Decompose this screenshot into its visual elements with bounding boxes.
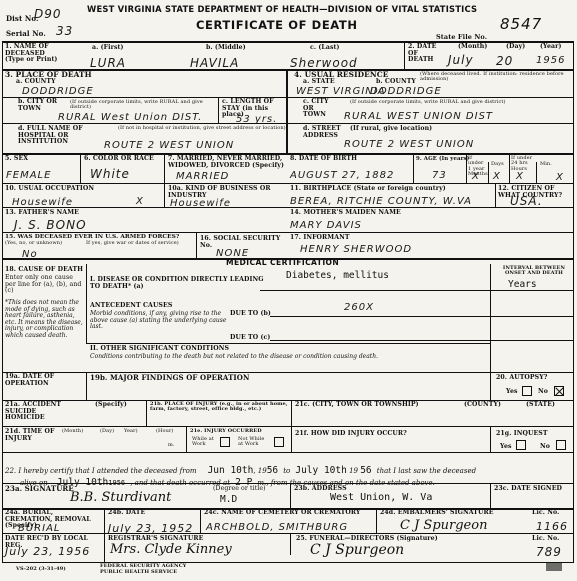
time-of-injury-label: 21d. TIME OF INJURY bbox=[5, 429, 55, 442]
autopsy-yes-checkbox[interactable] bbox=[522, 386, 532, 396]
embalmer-lic-label: Lic. No. bbox=[532, 510, 559, 517]
residence-note: (Where deceased lived. If institution: r… bbox=[420, 72, 570, 83]
res-city: RURAL WEST UNION DIST bbox=[344, 111, 493, 122]
disease: Diabetes, mellitus bbox=[286, 270, 389, 281]
accident-label: 21a. ACCIDENT SUICIDE HOMICIDE bbox=[5, 402, 75, 422]
not-while-at-work-label: Not While at Work bbox=[238, 437, 268, 448]
injury-county-label: (COUNTY) bbox=[464, 402, 501, 409]
embalmer-lic: 1166 bbox=[536, 520, 568, 533]
rule bbox=[196, 232, 197, 258]
burial-date-label: 24b. DATE bbox=[108, 510, 145, 517]
death-city: RURAL West Union DIST. bbox=[58, 112, 202, 123]
certificate-title: CERTIFICATE OF DEATH bbox=[196, 18, 358, 32]
occupation-label: 10. USUAL OCCUPATION bbox=[5, 186, 94, 193]
death-certificate: Dist No. D90 Serial No. 33 WEST VIRGINIA… bbox=[0, 0, 577, 581]
footer-agency-2: PUBLIC HEALTH SERVICE bbox=[100, 570, 177, 575]
rule bbox=[2, 452, 574, 453]
middle-name-label: b. (Middle) bbox=[206, 45, 246, 52]
sex: FEMALE bbox=[6, 170, 51, 181]
injury-m-label: m. bbox=[168, 443, 175, 448]
rule bbox=[490, 372, 491, 400]
cause-footnote: *This does not mean the mode of dying, s… bbox=[5, 300, 85, 340]
degree-label: (Degree or title) bbox=[213, 486, 266, 493]
rule bbox=[490, 483, 491, 508]
antecedent-note: Morbid conditions, if any, giving rise t… bbox=[90, 311, 230, 331]
first-name-label: a. (First) bbox=[92, 45, 124, 52]
rule bbox=[2, 483, 574, 484]
informant-label: 17. INFORMANT bbox=[290, 235, 350, 242]
citizen: USA. bbox=[510, 194, 543, 208]
antecedent-label: ANTECEDENT CAUSES bbox=[90, 303, 172, 310]
not-while-at-work-checkbox[interactable] bbox=[274, 437, 284, 447]
birthplace-label: 11. BIRTHPLACE (State or foreign country… bbox=[290, 186, 446, 193]
injury-year-label: Year) bbox=[124, 429, 138, 434]
rule bbox=[490, 316, 574, 317]
due-to-c-label: DUE TO (c) bbox=[230, 335, 270, 342]
while-at-work-checkbox[interactable] bbox=[220, 437, 230, 447]
physician-signature: B.B. Sturdivant bbox=[70, 490, 171, 505]
rule bbox=[490, 340, 574, 341]
date-signed-label: 23c. DATE SIGNED bbox=[494, 486, 562, 493]
autopsy-no-checkbox[interactable] bbox=[554, 386, 564, 396]
middle-name: HAVILA bbox=[190, 56, 239, 70]
month-label: (Month) bbox=[458, 44, 487, 51]
state-file-number: 8547 bbox=[500, 15, 542, 33]
op-findings-label: 19b. MAJOR FINDINGS OF OPERATION bbox=[90, 375, 249, 382]
director-lic: 789 bbox=[536, 545, 562, 559]
rule bbox=[413, 153, 414, 183]
father: J. S. BONO bbox=[14, 218, 87, 232]
rule bbox=[2, 372, 574, 373]
state-file-label: State File No. bbox=[436, 34, 487, 41]
specify-label: (Specify) bbox=[95, 402, 127, 409]
stamp-mark bbox=[546, 563, 562, 571]
rule bbox=[290, 483, 291, 508]
injury-month-label: (Month) bbox=[62, 429, 83, 434]
inquest-no-checkbox[interactable] bbox=[556, 440, 566, 450]
rule bbox=[376, 508, 377, 533]
cemetery-label: 24c. NAME OF CEMETERY OR CREMATORY bbox=[204, 510, 360, 517]
res-city-label: c. CITY OR TOWN bbox=[303, 99, 337, 119]
rule bbox=[218, 97, 219, 123]
serial-label: Serial No. bbox=[6, 31, 46, 38]
while-at-work-label: While at Work bbox=[192, 437, 218, 448]
hospital-note: (If not in hospital or institution, give… bbox=[118, 126, 286, 131]
medical-section-title: MEDICAL CERTIFICATION bbox=[226, 258, 339, 267]
injury-hour-label: (Hour) bbox=[156, 429, 173, 434]
year-label: (Year) bbox=[540, 44, 562, 51]
rule bbox=[290, 533, 291, 555]
rule bbox=[2, 207, 574, 208]
signature-label: 23a. SIGNATURE bbox=[5, 486, 74, 493]
dist-no: D90 bbox=[34, 7, 62, 21]
inquest-no-label: No bbox=[540, 444, 550, 451]
rule bbox=[80, 153, 81, 183]
rule bbox=[536, 162, 537, 183]
dob: AUGUST 27, 1882 bbox=[290, 170, 394, 181]
rule bbox=[2, 533, 574, 534]
res-street-note: (If rural, give location) bbox=[350, 126, 432, 133]
res-state-label: a. STATE bbox=[303, 79, 335, 86]
op-date-label: 19a. DATE OF OPERATION bbox=[5, 374, 65, 387]
rule bbox=[270, 340, 490, 341]
last-name: Sherwood bbox=[290, 56, 358, 70]
rule bbox=[164, 183, 165, 207]
mother-label: 14. MOTHER'S MAIDEN NAME bbox=[290, 210, 401, 217]
rule bbox=[186, 426, 187, 452]
armed-note-2: If yes, give war or dates of service) bbox=[86, 241, 179, 246]
under24-min-label: Min. bbox=[540, 162, 552, 167]
rule bbox=[200, 508, 201, 533]
rule bbox=[2, 123, 286, 124]
rule bbox=[164, 153, 165, 183]
serial-no: 33 bbox=[56, 24, 73, 38]
cause-instructions: Enter only one cause per line for (a), (… bbox=[5, 275, 85, 295]
embalmer-signature: C J Spurgeon bbox=[400, 518, 487, 533]
hospital-label: d. FULL NAME OF HOSPITAL OR INSTITUTION bbox=[18, 126, 98, 146]
informant: HENRY SHERWOOD bbox=[300, 244, 412, 255]
marital-label: 7. MARRIED, NEVER MARRIED, WIDOWED, DIVO… bbox=[168, 156, 286, 169]
embalmer-label: 24d. EMBALMERS' SIGNATURE bbox=[380, 510, 494, 517]
registrar-signature: Mrs. Clyde Kinney bbox=[110, 542, 232, 557]
under1-months: X bbox=[472, 171, 480, 182]
rule bbox=[2, 232, 574, 233]
inquest-label: 21g. INQUEST bbox=[496, 431, 548, 438]
death-year: 1956 bbox=[536, 55, 565, 66]
funeral-director-signature: C J Spurgeon bbox=[310, 542, 404, 558]
rule bbox=[260, 290, 490, 291]
agency-title: WEST VIRGINIA STATE DEPARTMENT OF HEALTH… bbox=[87, 4, 477, 14]
degree: M.D bbox=[220, 494, 237, 505]
occupation-mark: X bbox=[136, 196, 144, 207]
death-month: July bbox=[448, 53, 474, 67]
autopsy-label: 20. AUTOPSY? bbox=[496, 375, 547, 382]
rule bbox=[490, 290, 574, 291]
cemetery: ARCHBOLD, SMITHBURG bbox=[206, 522, 348, 533]
race-label: 6. COLOR OR RACE bbox=[84, 156, 154, 163]
due-to-b: 260X bbox=[344, 302, 374, 313]
address: West Union, W. Va bbox=[330, 492, 432, 503]
rule bbox=[104, 508, 105, 563]
day-label: (Day) bbox=[506, 44, 525, 51]
race: White bbox=[90, 167, 130, 181]
death-city-label: b. CITY OR TOWN bbox=[18, 99, 58, 112]
injury-state-label: (STATE) bbox=[526, 402, 555, 409]
first-name: LURA bbox=[90, 56, 126, 70]
name-label: 1. NAME OF DECEASED (Type or Print) bbox=[5, 44, 65, 64]
death-county-label: a. COUNTY bbox=[16, 79, 56, 86]
rule bbox=[86, 264, 87, 344]
rule bbox=[86, 372, 87, 400]
death-county: DODDRIDGE bbox=[22, 86, 94, 97]
father-label: 13. FATHER'S NAME bbox=[5, 210, 79, 217]
cause-label: 18. CAUSE OF DEATH bbox=[5, 267, 83, 274]
disease-label: I. DISEASE OR CONDITION DIRECTLY LEADING… bbox=[90, 277, 270, 290]
interval-label: INTERVAL BETWEEN ONSET AND DEATH bbox=[495, 266, 573, 277]
rule bbox=[2, 426, 574, 427]
date-of-death-label: 2. DATE OF DEATH bbox=[408, 44, 438, 64]
under24-min: X bbox=[556, 172, 564, 183]
marital: MARRIED bbox=[176, 171, 229, 182]
how-injury-label: 21f. HOW DID INJURY OCCUR? bbox=[295, 431, 407, 438]
rule bbox=[288, 123, 574, 124]
age: 73 bbox=[432, 170, 447, 181]
other-conditions-label: II. OTHER SIGNIFICANT CONDITIONS bbox=[90, 346, 229, 353]
res-county-label: b. COUNTY bbox=[376, 79, 416, 86]
rule bbox=[466, 153, 467, 183]
rec-date: July 23, 1956 bbox=[5, 545, 90, 558]
autopsy-yes-label: Yes bbox=[506, 389, 518, 396]
rule bbox=[404, 41, 405, 69]
rule bbox=[2, 41, 574, 43]
age-label: 9. AGE (In years) bbox=[416, 156, 469, 163]
other-conditions-note: Conditions contributing to the death but… bbox=[90, 354, 390, 361]
rule bbox=[495, 183, 496, 207]
last-name-label: c. (Last) bbox=[310, 45, 340, 52]
res-county: DODDRIDGE bbox=[370, 86, 442, 97]
interval: Years bbox=[508, 279, 537, 290]
dob-label: 8. DATE OF BIRTH bbox=[290, 156, 357, 163]
director-lic-label: Lic. No. bbox=[532, 536, 559, 543]
injury-occurred-label: 21e. INJURY OCCURRED bbox=[190, 429, 262, 434]
rule bbox=[490, 264, 491, 372]
rule bbox=[2, 183, 574, 184]
rule bbox=[509, 153, 510, 183]
death-day: 20 bbox=[496, 54, 513, 68]
inquest-yes-checkbox[interactable] bbox=[516, 440, 526, 450]
rule bbox=[288, 97, 574, 98]
autopsy-no-label: No bbox=[538, 389, 548, 396]
rule bbox=[488, 162, 489, 183]
hospital: ROUTE 2 WEST UNION bbox=[104, 140, 234, 151]
sex-label: 5. SEX bbox=[5, 156, 28, 163]
res-city-note: (If outside corporate limits, write RURA… bbox=[350, 100, 570, 105]
rule bbox=[270, 316, 490, 317]
death-city-note: (If outside corporate limits, write RURA… bbox=[70, 100, 210, 111]
rule bbox=[490, 426, 491, 452]
res-street: ROUTE 2 WEST UNION bbox=[344, 139, 474, 150]
place-of-injury-label: 21b. PLACE OF INJURY (e.g., in or about … bbox=[150, 402, 290, 413]
injury-day-label: (Day) bbox=[100, 429, 114, 434]
under24-hours: X bbox=[516, 171, 524, 182]
mother: MARY DAVIS bbox=[290, 220, 362, 231]
armed-note-1: (Yes, no, or unknown) bbox=[5, 241, 62, 246]
rule bbox=[86, 343, 490, 344]
injury-location-label: 21c. (CITY, TOWN OR TOWNSHIP) bbox=[295, 402, 419, 409]
under1-days-label: Days bbox=[491, 162, 504, 167]
inquest-yes-label: Yes bbox=[500, 444, 512, 451]
under1-days: X bbox=[493, 171, 501, 182]
rule bbox=[286, 69, 288, 153]
under24-hours-label: If under 24 hrs Hours bbox=[511, 156, 537, 172]
form-number: VS-202 (3-31-49) bbox=[16, 567, 66, 572]
res-street-label: d. STREET ADDRESS bbox=[303, 126, 343, 139]
birthplace: BEREA, RITCHIE COUNTY, W.VA bbox=[290, 196, 472, 207]
due-to-b-label: DUE TO (b) bbox=[230, 311, 271, 318]
rule bbox=[146, 400, 147, 426]
